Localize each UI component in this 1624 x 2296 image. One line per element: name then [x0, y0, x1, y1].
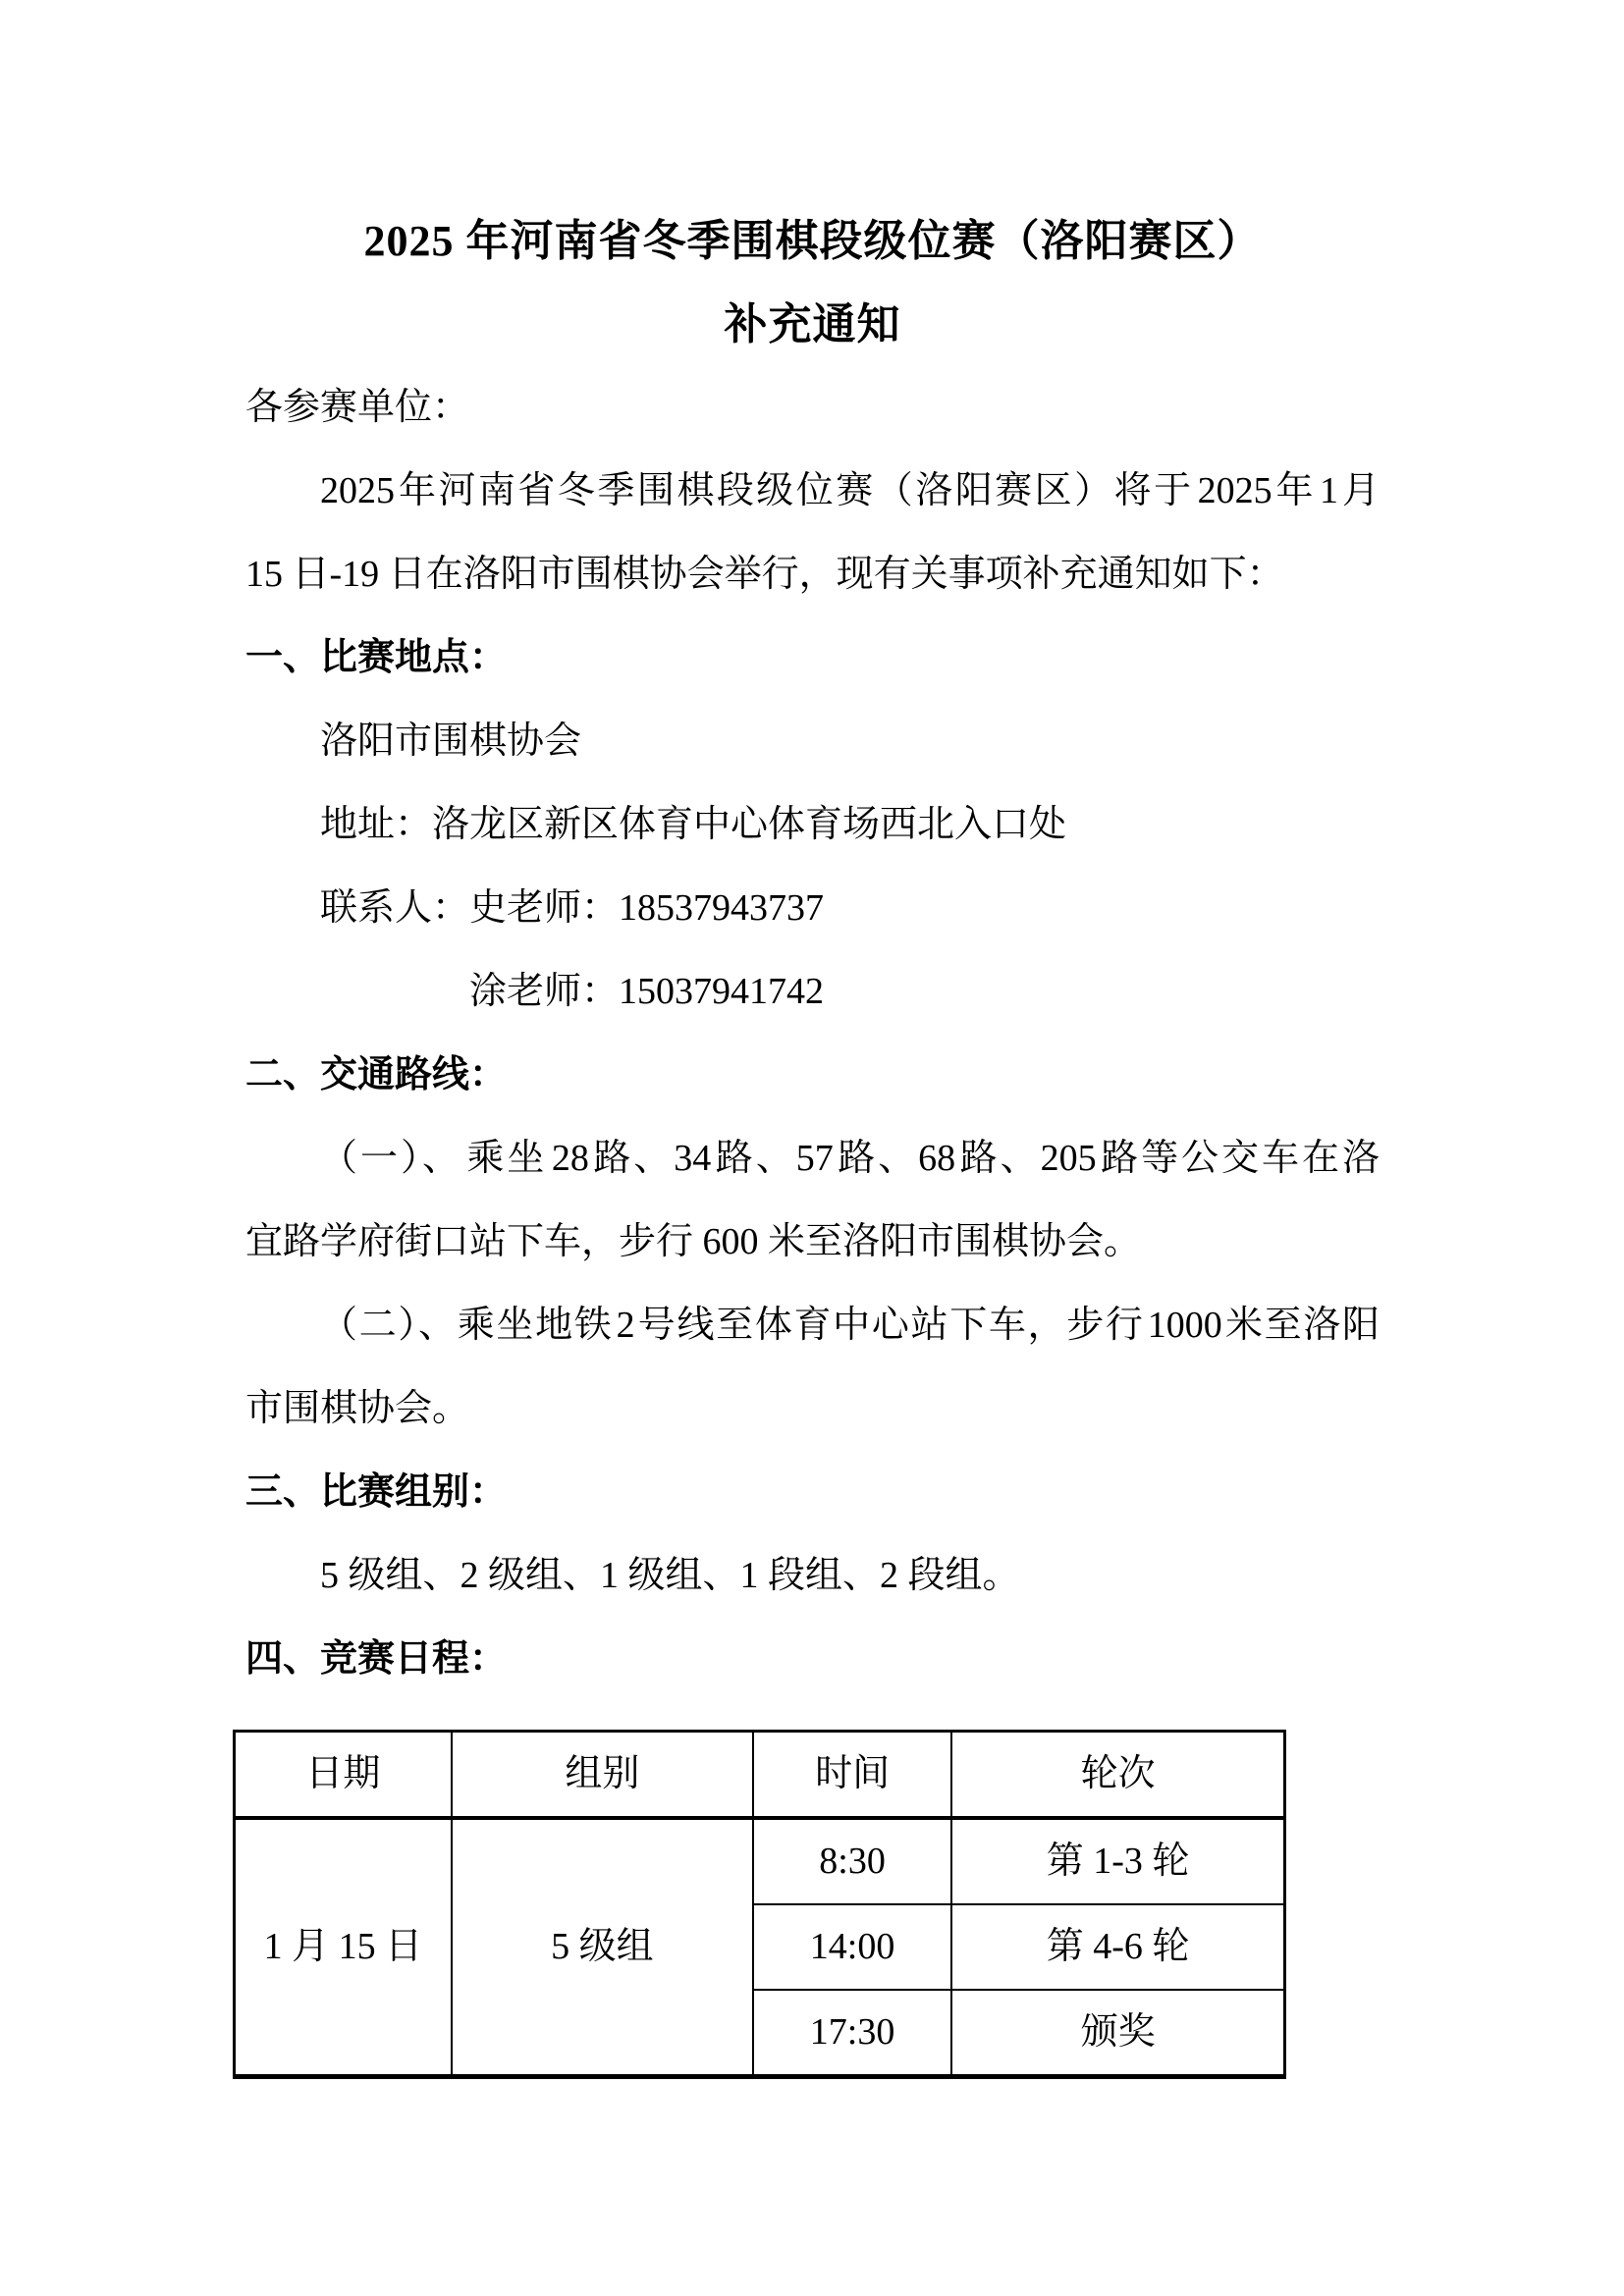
schedule-round-cell-2: 颁奖	[951, 1990, 1284, 2077]
schedule-header-cell-0: 日期	[235, 1732, 452, 1819]
document-title-line-2: 补充通知	[245, 283, 1380, 366]
section-2-heading: 二、交通路线：	[245, 1034, 1380, 1117]
intro-line-1: 2025 年河南省冬季围棋段级位赛（洛阳赛区）将于 2025 年 1 月	[245, 450, 1380, 533]
schedule-row-0: 1 月 15 日5 级组8:30第 1-3 轮	[235, 1818, 1285, 1904]
schedule-header-row: 日期组别时间轮次	[235, 1732, 1285, 1819]
contact-line-1: 联系人：史老师：18537943737	[245, 867, 1380, 950]
schedule-round-cell-0: 第 1-3 轮	[951, 1818, 1284, 1904]
schedule-table: 日期组别时间轮次 1 月 15 日5 级组8:30第 1-3 轮14:00第 4…	[233, 1730, 1286, 2079]
groups-line: 5 级组、2 级组、1 级组、1 段组、2 段组。	[245, 1534, 1380, 1618]
section-1-heading: 一、比赛地点：	[245, 616, 1380, 700]
metro-route-line-1: （二）、乘坐地铁 2 号线至体育中心站下车，步行 1000 米至洛阳	[245, 1284, 1380, 1367]
schedule-date-cell: 1 月 15 日	[235, 1818, 452, 2077]
contact-line-2: 涂老师：15037941742	[245, 950, 1380, 1034]
document-title-line-1: 2025 年河南省冬季围棋段级位赛（洛阳赛区）	[245, 199, 1380, 283]
section-3-heading: 三、比赛组别：	[245, 1451, 1380, 1534]
schedule-header-cell-2: 时间	[753, 1732, 951, 1819]
metro-route-line-2: 市围棋协会。	[245, 1367, 1380, 1451]
schedule-time-cell-0: 8:30	[753, 1818, 951, 1904]
schedule-time-cell-1: 14:00	[753, 1904, 951, 1990]
document-page: 2025 年河南省冬季围棋段级位赛（洛阳赛区） 补充通知 各参赛单位：2025 …	[0, 0, 1624, 2296]
venue-address: 地址：洛龙区新区体育中心体育场西北入口处	[245, 783, 1380, 867]
schedule-table-body: 1 月 15 日5 级组8:30第 1-3 轮14:00第 4-6 轮17:30…	[235, 1818, 1285, 2077]
intro-line-2: 15 日-19 日在洛阳市围棋协会举行，现有关事项补充通知如下：	[245, 533, 1380, 616]
schedule-header-cell-1: 组别	[452, 1732, 753, 1819]
schedule-table-header: 日期组别时间轮次	[235, 1732, 1285, 1819]
bus-route-line-1: （一）、 乘坐 28 路、34 路、57 路、68 路、205 路等公交车在洛	[245, 1117, 1380, 1201]
schedule-group-cell: 5 级组	[452, 1818, 753, 2077]
section-4-heading: 四、竞赛日程：	[245, 1618, 1380, 1701]
document-body: 各参赛单位：2025 年河南省冬季围棋段级位赛（洛阳赛区）将于 2025 年 1…	[245, 366, 1380, 1701]
venue-name: 洛阳市围棋协会	[245, 700, 1380, 783]
salutation: 各参赛单位：	[245, 366, 1380, 450]
schedule-header-cell-3: 轮次	[951, 1732, 1284, 1819]
schedule-time-cell-2: 17:30	[753, 1990, 951, 2077]
schedule-round-cell-1: 第 4-6 轮	[951, 1904, 1284, 1990]
bus-route-line-2: 宜路学府街口站下车，步行 600 米至洛阳市围棋协会。	[245, 1201, 1380, 1284]
